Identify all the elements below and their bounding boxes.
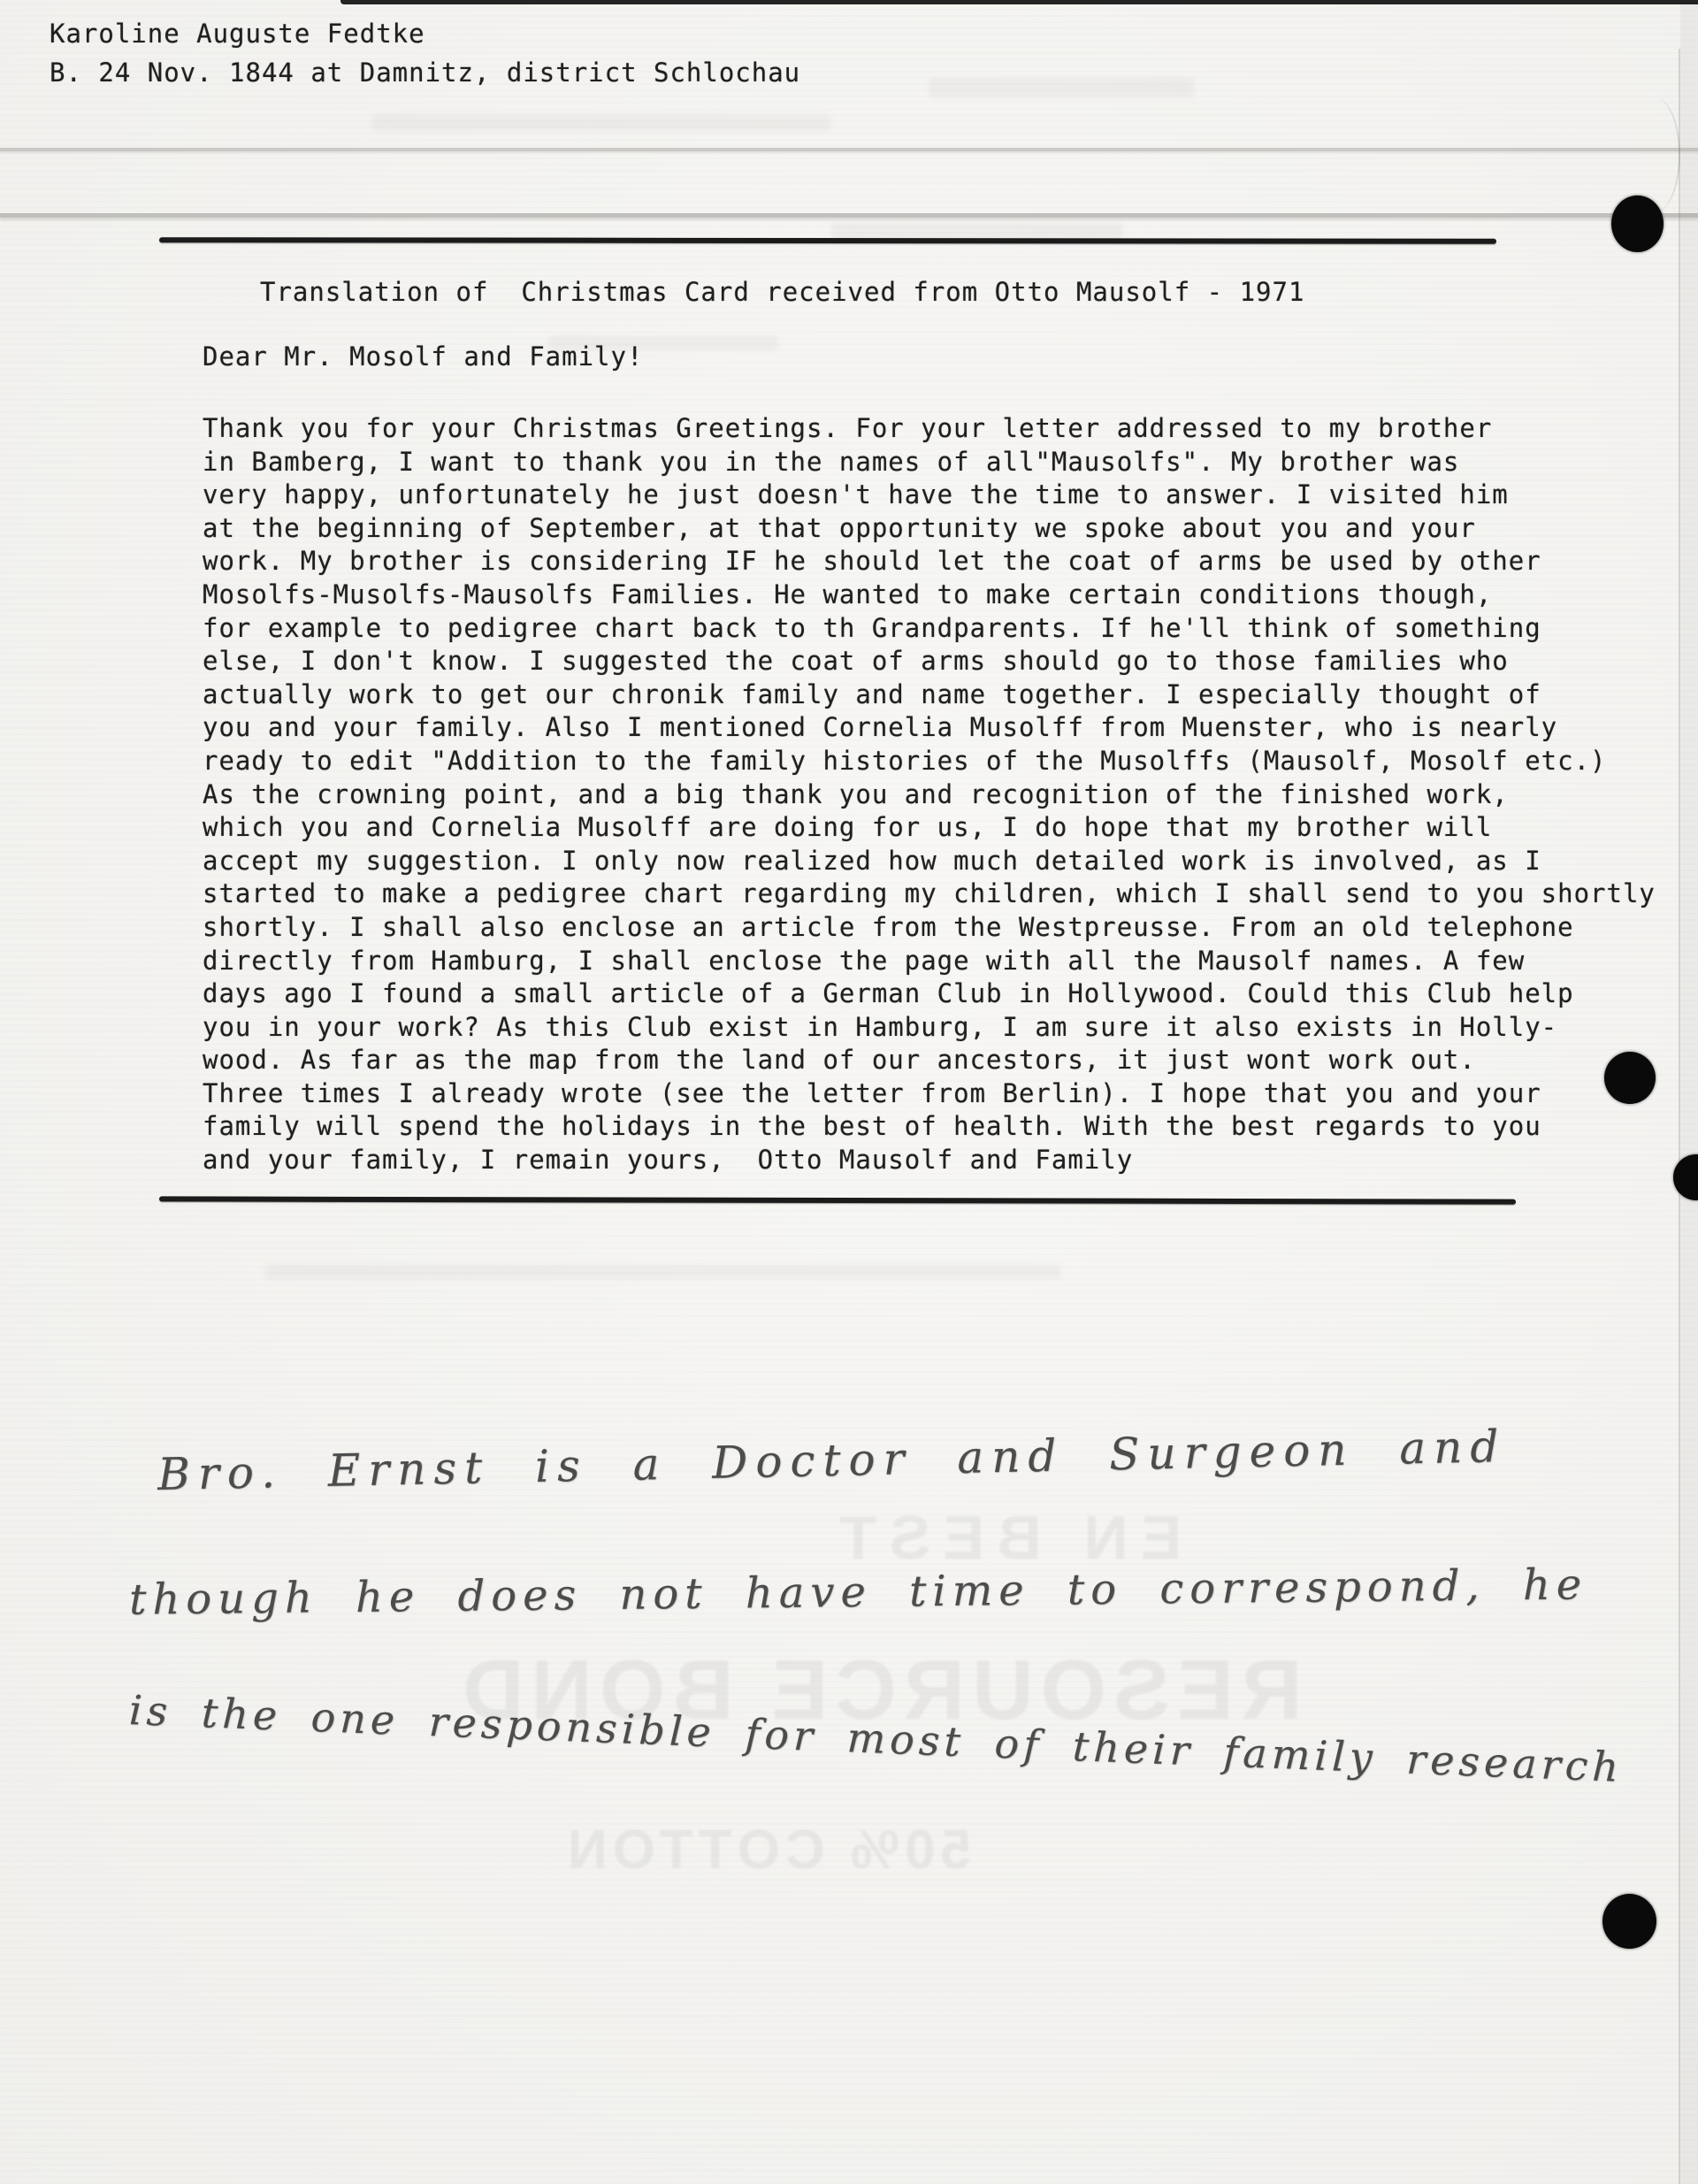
- scan-right-edge-line: [1679, 49, 1680, 2184]
- header-identification: Karoline Auguste FedtkeB. 24 Nov. 1844 a…: [50, 14, 800, 92]
- typed-line: else, I don't know. I suggested the coat…: [203, 645, 1656, 678]
- typed-line: As the crowning point, and a big thank y…: [203, 778, 1656, 812]
- typed-line: days ago I found a small article of a Ge…: [203, 977, 1656, 1011]
- show-through-smudge: [265, 1265, 1061, 1279]
- typed-line: you and your family. Also I mentioned Co…: [203, 711, 1656, 745]
- header-line: B. 24 Nov. 1844 at Damnitz, district Sch…: [50, 53, 800, 92]
- drawn-separator-line-top: [159, 237, 1496, 244]
- header-line: Karoline Auguste Fedtke: [50, 14, 800, 53]
- typed-line: started to make a pedigree chart regardi…: [203, 877, 1656, 911]
- typed-line: in Bamberg, I want to thank you in the n…: [203, 446, 1656, 479]
- scanned-letter-page: Karoline Auguste FedtkeB. 24 Nov. 1844 a…: [0, 0, 1698, 2184]
- faint-horizontal-rule: [0, 213, 1698, 218]
- typed-line: you in your work? As this Club exist in …: [203, 1011, 1656, 1045]
- typed-line: Thank you for your Christmas Greetings. …: [203, 412, 1656, 446]
- hole-punch-dot-partial: [1673, 1154, 1698, 1200]
- hole-punch-dot: [1611, 195, 1664, 252]
- letter-body: Thank you for your Christmas Greetings. …: [203, 412, 1656, 1177]
- typed-line: at the beginning of September, at that o…: [203, 512, 1656, 546]
- typed-line: work. My brother is considering IF he sh…: [203, 545, 1656, 579]
- handwritten-note-line: though he does not have time to correspo…: [129, 1559, 1588, 1624]
- typed-line: accept my suggestion. I only now realize…: [203, 845, 1656, 878]
- hole-punch-dot: [1604, 1052, 1656, 1104]
- typed-line: ready to edit "Addition to the family hi…: [203, 745, 1656, 778]
- typed-line: which you and Cornelia Musolff are doing…: [203, 811, 1656, 845]
- typed-line: very happy, unfortunately he just doesn'…: [203, 479, 1656, 512]
- typed-line: wood. As far as the map from the land of…: [203, 1044, 1656, 1077]
- scan-top-edge-line: [340, 0, 1698, 4]
- show-through-smudge: [929, 78, 1194, 97]
- typed-line: Mosolfs-Musolfs-Mausolfs Families. He wa…: [203, 579, 1656, 612]
- typed-line: family will spend the holidays in the be…: [203, 1110, 1656, 1144]
- drawn-separator-line-bottom: [159, 1196, 1516, 1204]
- letter-title: Translation of Christmas Card received f…: [260, 277, 1304, 307]
- typed-line: Three times I already wrote (see the let…: [203, 1077, 1656, 1111]
- typed-line: shortly. I shall also enclose an article…: [203, 911, 1656, 945]
- show-through-smudge: [371, 115, 831, 131]
- faint-horizontal-rule: [0, 148, 1698, 151]
- typed-line: actually work to get our chronik family …: [203, 678, 1656, 712]
- salutation: Dear Mr. Mosolf and Family!: [203, 341, 643, 372]
- scan-scratch-mark: [1638, 97, 1680, 212]
- scan-right-edge-shade: [1680, 0, 1698, 2184]
- typed-line: and your family, I remain yours, Otto Ma…: [203, 1144, 1656, 1177]
- handwritten-note-line: Bro. Ernst is a Doctor and Surgeon and: [157, 1421, 1507, 1500]
- hole-punch-dot: [1602, 1894, 1656, 1949]
- watermark-text: EN BEST: [827, 1502, 1182, 1573]
- typed-line: for example to pedigree chart back to th…: [203, 612, 1656, 646]
- typed-line: directly from Hamburg, I shall enclose t…: [203, 945, 1656, 978]
- watermark-text: 50% COTTON: [562, 1819, 971, 1881]
